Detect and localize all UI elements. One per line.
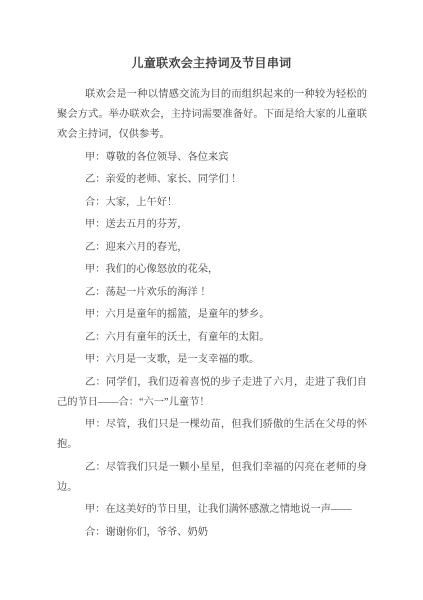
document-body: 联欢会是一种以情感交流为目的而组织起来的一种较为轻松的聚会方式。举办联欢会，主持… [57,85,367,543]
document-paragraph: 甲：六月是一支歌，是一支幸福的歌。 [57,350,367,370]
document-title: 儿童联欢会主持词及节目串词 [0,0,423,71]
document-paragraph: 乙：六月有童年的沃土，有童年的太阳。 [57,328,367,348]
document-page: 儿童联欢会主持词及节目串词 联欢会是一种以情感交流为目的而组织起来的一种较为轻松… [0,0,423,600]
document-paragraph: 乙：尽管我们只是一颗小星星，但我们幸福的闪亮在老师的身边。 [57,458,367,498]
document-paragraph: 甲：在这美好的节日里，让我们满怀感激之情地说一声—— [57,500,367,520]
document-paragraph: 乙：亲爱的老师、家长、同学们 ！ [57,170,367,190]
document-paragraph: 甲：我们的心像怒放的花朵， [57,260,367,280]
document-paragraph: 乙：迎来六月的春光， [57,238,367,258]
document-paragraph: 甲：尽管，我们只是一棵幼苗，但我们骄傲的生活在父母的怀抱。 [57,415,367,455]
document-paragraph: 甲：六月是童年的摇篮，是童年的梦乡。 [57,305,367,325]
document-paragraph: 乙：同学们，我们迈着喜悦的步子走进了六月，走进了我们自己的节日——合：“六一”儿… [57,373,367,413]
document-paragraph: 联欢会是一种以情感交流为目的而组织起来的一种较为轻松的聚会方式。举办联欢会，主持… [57,85,367,145]
document-paragraph: 合：大家，上午好！ [57,193,367,213]
document-paragraph: 乙：荡起一片欢乐的海洋 ！ [57,283,367,303]
document-paragraph: 甲：尊敬的各位领导、各位来宾 [57,148,367,168]
document-paragraph: 甲：送去五月的芬芳， [57,215,367,235]
document-paragraph: 合：谢谢你们，爷爷、奶奶 [57,523,367,543]
